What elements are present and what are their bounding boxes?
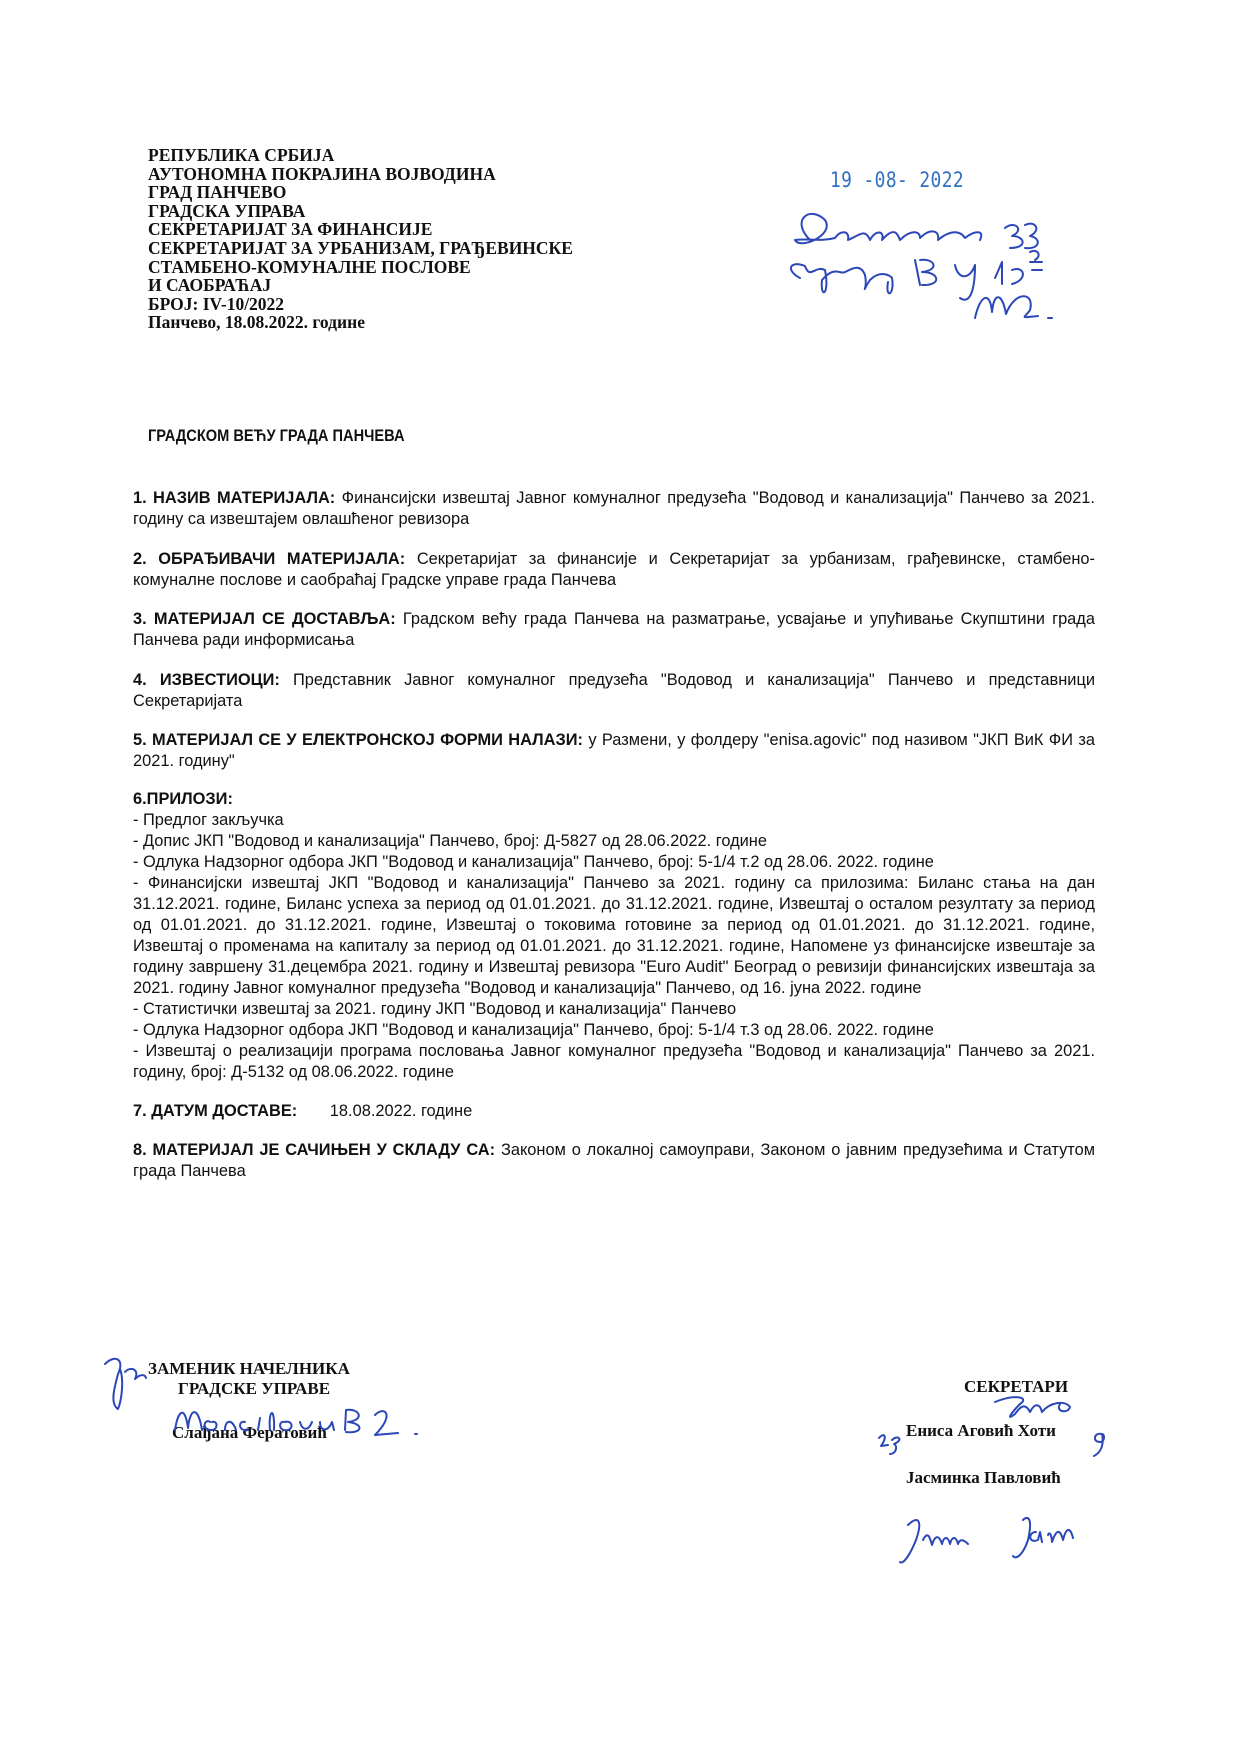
annex-item: - Одлука Надзорног одбора ЈКП "Водовод и… — [133, 1020, 1095, 1041]
annex-item: - Одлука Надзорног одбора ЈКП "Водовод и… — [133, 852, 1095, 873]
handwritten-signature-left — [170, 1400, 450, 1440]
recipient-heading: ГРАДСКОМ ВЕЋУ ГРАДА ПАНЧЕВА — [148, 426, 405, 446]
section-compliance: 8. МАТЕРИЈАЛ ЈЕ САЧИЊЕН У СКЛАДУ СА: Зак… — [133, 1140, 1095, 1182]
section-label: 4. ИЗВЕСТИОЦИ: — [133, 671, 280, 689]
header-line: И САОБРАЋАЈ — [148, 276, 573, 295]
annexes-title: 6.ПРИЛОЗИ: — [133, 789, 1095, 810]
section-preparers: 2. ОБРАЂИВАЧИ МАТЕРИЈАЛА: Секретаријат з… — [133, 549, 1095, 591]
section-label: 8. МАТЕРИЈАЛ ЈЕ САЧИЊЕН У СКЛАДУ СА: — [133, 1141, 495, 1159]
header-line: ГРАД ПАНЧЕВО — [148, 183, 573, 202]
received-stamp-date: 19 -08- 2022 — [830, 168, 964, 192]
header-line: РЕПУБЛИКА СРБИЈА — [148, 146, 573, 165]
annex-item: - Предлог закључка — [133, 810, 1095, 831]
section-electronic-location: 5. МАТЕРИЈАЛ СЕ У ЕЛЕКТРОНСКОЈ ФОРМИ НАЛ… — [133, 730, 1095, 772]
section-label: 1. НАЗИВ МАТЕРИЈАЛА: — [133, 489, 335, 507]
signatory-name: Јасминка Павловић — [906, 1468, 1061, 1488]
header-line: СТАМБЕНО-КОМУНАЛНЕ ПОСЛОВЕ — [148, 258, 573, 277]
delivery-date-value: 18.08.2022. године — [330, 1101, 472, 1122]
section-label: 7. ДАТУМ ДОСТАВЕ: — [133, 1102, 297, 1120]
section-material-title: 1. НАЗИВ МАТЕРИЈАЛА: Финансијски извешта… — [133, 488, 1095, 530]
place-date: Панчево, 18.08.2022. године — [148, 313, 573, 332]
signatory-title: ГРАДСКЕ УПРАВЕ — [148, 1379, 350, 1399]
section-rapporteurs: 4. ИЗВЕСТИОЦИ: Представник Јавног комуна… — [133, 670, 1095, 712]
section-label: 5. МАТЕРИЈАЛ СЕ У ЕЛЕКТРОНСКОЈ ФОРМИ НАЛ… — [133, 731, 583, 749]
annex-item: - Допис ЈКП "Водовод и канализација" Пан… — [133, 831, 1095, 852]
header-line: ГРАДСКА УПРАВА — [148, 202, 573, 221]
header-line: СЕКРЕТАРИЈАТ ЗА ФИНАНСИЈЕ — [148, 220, 573, 239]
document-body: 1. НАЗИВ МАТЕРИЈАЛА: Финансијски извешта… — [133, 488, 1095, 1200]
annex-item: - Финансијски извештај ЈКП "Водовод и ка… — [133, 873, 1095, 999]
header-line: АУТОНОМНА ПОКРАЈИНА ВОЈВОДИНА — [148, 165, 573, 184]
section-delivery-date: 7. ДАТУМ ДОСТАВЕ: 18.08.2022. године — [133, 1101, 1095, 1122]
annex-item: - Извештај о реализацији програма послов… — [133, 1041, 1095, 1083]
document-number: БРОЈ: IV-10/2022 — [148, 295, 573, 314]
annex-item: - Статистички извештај за 2021. годину Ј… — [133, 999, 1095, 1020]
handwritten-initials-icon — [1090, 1428, 1110, 1458]
section-label: 3. МАТЕРИЈАЛ СЕ ДОСТАВЉА: — [133, 610, 396, 628]
handwritten-initials-icon — [876, 1430, 906, 1455]
handwritten-signature-secretary-1 — [990, 1392, 1080, 1432]
header-line: СЕКРЕТАРИЈАТ ЗА УРБАНИЗАМ, ГРАЂЕВИНСКЕ — [148, 239, 573, 258]
issuer-header: РЕПУБЛИКА СРБИЈА АУТОНОМНА ПОКРАЈИНА ВОЈ… — [148, 146, 573, 332]
handwritten-delivery-note — [780, 200, 1100, 330]
handwritten-signature-secretary-2 — [898, 1510, 1098, 1570]
section-delivered-to: 3. МАТЕРИЈАЛ СЕ ДОСТАВЉА: Градском већу … — [133, 609, 1095, 651]
document-page: РЕПУБЛИКА СРБИЈА АУТОНОМНА ПОКРАЈИНА ВОЈ… — [0, 0, 1240, 1752]
annexes-section: 6.ПРИЛОЗИ: - Предлог закључка - Допис ЈК… — [133, 789, 1095, 1083]
signatory-title: ЗАМЕНИК НАЧЕЛНИКА — [148, 1359, 350, 1379]
handwritten-initials-icon — [100, 1354, 150, 1414]
section-label: 2. ОБРАЂИВАЧИ МАТЕРИЈАЛА: — [133, 550, 405, 568]
